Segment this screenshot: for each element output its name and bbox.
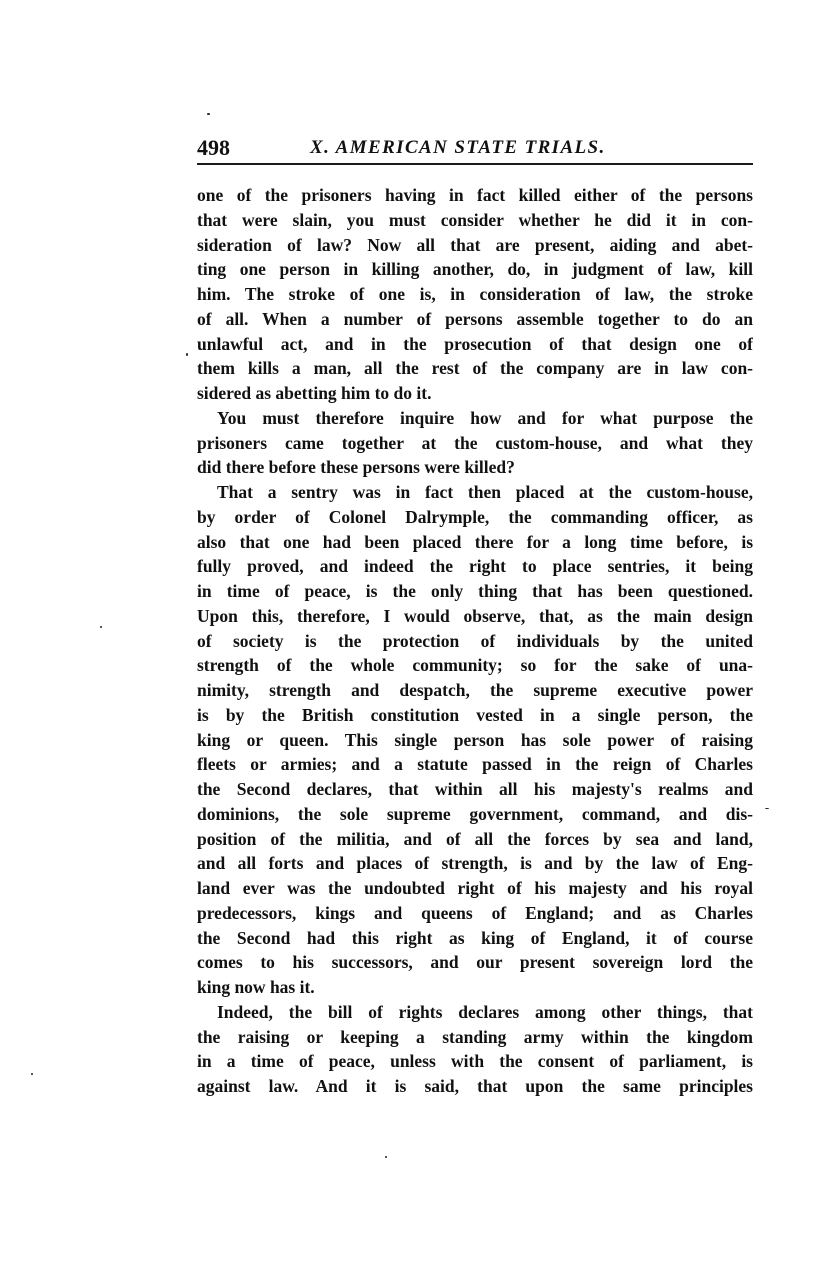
scan-speck (207, 113, 210, 115)
text-line: one of the prisoners having in fact kill… (197, 183, 753, 208)
running-head: 498 X. AMERICAN STATE TRIALS. (197, 135, 753, 165)
text-line: of society is the protection of individu… (197, 629, 753, 654)
scan-speck (31, 1073, 33, 1075)
text-line: did there before these persons were kill… (197, 455, 753, 480)
page-number: 498 (197, 135, 230, 161)
text-line: king now has it. (197, 975, 753, 1000)
paragraph-start-line: That a sentry was in fact then placed at… (197, 480, 753, 505)
running-head-title: X. AMERICAN STATE TRIALS. (310, 137, 606, 159)
text-line: fleets or armies; and a statute passed i… (197, 752, 753, 777)
text-line: land ever was the undoubted right of his… (197, 876, 753, 901)
scan-speck (385, 1156, 387, 1158)
text-line: dominions, the sole supreme government, … (197, 802, 753, 827)
body-text: one of the prisoners having in fact kill… (197, 183, 753, 1099)
text-line: position of the militia, and of all the … (197, 827, 753, 852)
text-line: is by the British constitution vested in… (197, 703, 753, 728)
text-line: and all forts and places of strength, is… (197, 851, 753, 876)
text-line: strength of the whole community; so for … (197, 653, 753, 678)
text-line: them kills a man, all the rest of the co… (197, 356, 753, 381)
text-line: ting one person in killing another, do, … (197, 257, 753, 282)
book-page: 498 X. AMERICAN STATE TRIALS. one of the… (0, 0, 836, 1284)
text-line: sidered as abetting him to do it. (197, 381, 753, 406)
header-rule (197, 163, 753, 165)
text-line: by order of Colonel Dalrymple, the comma… (197, 505, 753, 530)
scan-speck (765, 808, 769, 809)
scan-speck (186, 353, 188, 356)
text-line: him. The stroke of one is, in considerat… (197, 282, 753, 307)
text-line: in a time of peace, unless with the cons… (197, 1049, 753, 1074)
text-line: the Second had this right as king of Eng… (197, 926, 753, 951)
text-line: the raising or keeping a standing army w… (197, 1025, 753, 1050)
scan-speck (100, 626, 102, 628)
text-line: predecessors, kings and queens of Englan… (197, 901, 753, 926)
text-line: of all. When a number of persons assembl… (197, 307, 753, 332)
text-line: in time of peace, is the only thing that… (197, 579, 753, 604)
text-line: sideration of law? Now all that are pres… (197, 233, 753, 258)
text-line: against law. And it is said, that upon t… (197, 1074, 753, 1099)
paragraph-start-line: Indeed, the bill of rights declares amon… (197, 1000, 753, 1025)
text-line: Upon this, therefore, I would observe, t… (197, 604, 753, 629)
paragraph-start-line: You must therefore inquire how and for w… (197, 406, 753, 431)
text-line: comes to his successors, and our present… (197, 950, 753, 975)
text-line: also that one had been placed there for … (197, 530, 753, 555)
text-line: unlawful act, and in the prosecution of … (197, 332, 753, 357)
text-line: king or queen. This single person has so… (197, 728, 753, 753)
text-line: that were slain, you must consider wheth… (197, 208, 753, 233)
text-line: nimity, strength and despatch, the supre… (197, 678, 753, 703)
text-line: the Second declares, that within all his… (197, 777, 753, 802)
text-line: prisoners came together at the custom-ho… (197, 431, 753, 456)
text-line: fully proved, and indeed the right to pl… (197, 554, 753, 579)
